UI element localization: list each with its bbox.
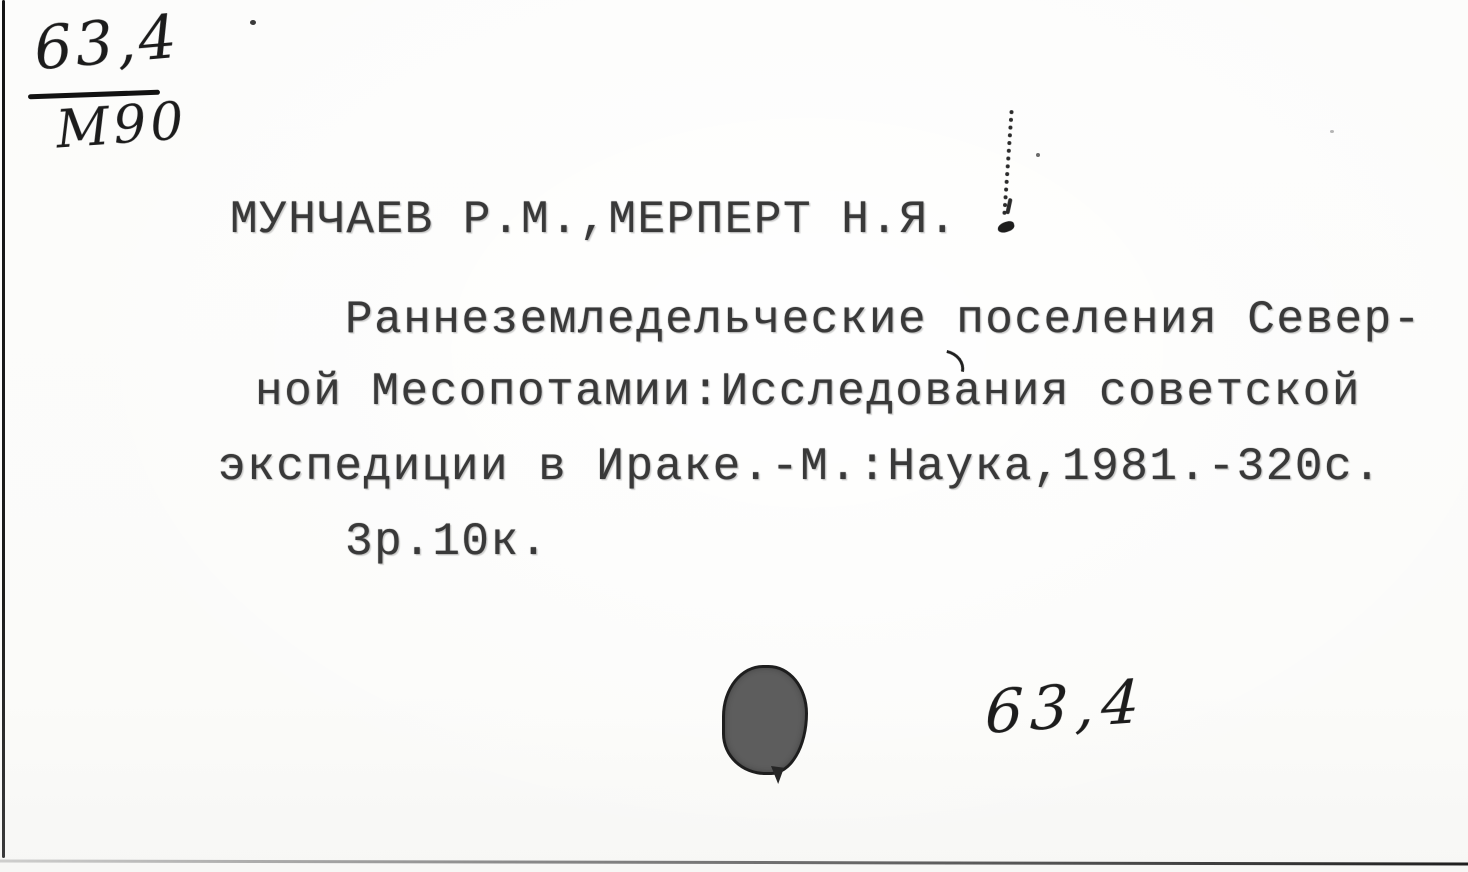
bottom-class-number: 63,4 xyxy=(984,666,1148,748)
author-heading: МУНЧАЕВ Р.М.,МЕРПЕРТ Н.Я. xyxy=(230,197,958,243)
call-number-numerator: 63,4 xyxy=(31,2,182,84)
ink-blot-stamp xyxy=(722,665,808,775)
call-number-denominator: М90 xyxy=(54,91,189,160)
card-left-edge xyxy=(2,0,5,858)
title-line-2: ной Месопотамии:Исследования советской xyxy=(255,369,1361,415)
ink-speck xyxy=(1330,130,1334,133)
title-line-1: Раннеземледельческие поселения Север- xyxy=(345,297,1422,343)
title-line-3: экспедиции в Ираке.-М.:Наука,1981.-320с. xyxy=(218,444,1382,490)
pen-stroke-mark xyxy=(1002,110,1013,215)
price: 3р.10к. xyxy=(345,519,549,565)
library-catalog-card: 63,4 М90 МУНЧАЕВ Р.М.,МЕРПЕРТ Н.Я. Ранне… xyxy=(0,0,1468,872)
card-bottom-edge xyxy=(0,859,1468,865)
ink-speck xyxy=(250,20,256,25)
ink-speck xyxy=(1036,153,1040,157)
